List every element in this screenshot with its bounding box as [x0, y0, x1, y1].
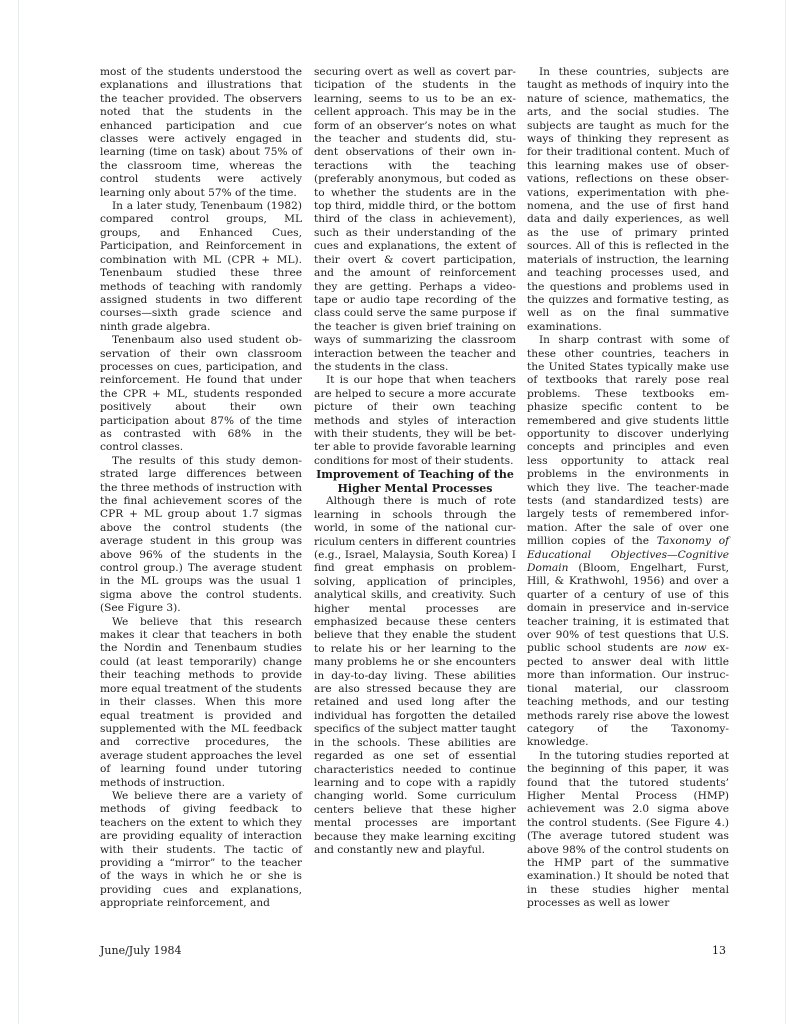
paragraph: In these countries, subjects are taught …: [527, 66, 729, 334]
section-heading: Improvement of Teaching of the Higher Me…: [314, 468, 516, 495]
issue-date: June/July 1984: [100, 944, 182, 957]
column-2: securing overt as well as covert par­tic…: [314, 66, 516, 857]
paragraph: In sharp contrast with some of these oth…: [527, 334, 729, 750]
text-run: In sharp contrast with some of these oth…: [527, 334, 729, 547]
paragraph: We believe that this research makes it c…: [100, 616, 302, 790]
column-1: most of the students understood the expl…: [100, 66, 302, 911]
paragraph: It is our hope that when teachers are he…: [314, 374, 516, 468]
paragraph: most of the students understood the expl…: [100, 66, 302, 200]
page-number: 13: [712, 944, 726, 957]
column-3: In these countries, subjects are taught …: [527, 66, 729, 911]
paragraph: securing overt as well as covert par­tic…: [314, 66, 516, 374]
paragraph: We believe there are a variety of method…: [100, 790, 302, 911]
scan-edge-right: [785, 0, 786, 1024]
emphasis: now: [684, 642, 706, 654]
paragraph: In the tutoring studies reported at the …: [527, 750, 729, 911]
paragraph: Tenenbaum also used student ob­servation…: [100, 334, 302, 455]
paragraph: In a later study, Tenenbaum (1982) compa…: [100, 200, 302, 334]
paragraph: The results of this study demon­strated …: [100, 455, 302, 616]
text-run: (Bloom, Engelhart, Furst, Hill, & Krathw…: [527, 562, 729, 654]
text-run: ex­pected to answer deal with little mor…: [527, 642, 729, 748]
paragraph: Although there is much of rote learning …: [314, 495, 516, 857]
scan-edge-left: [18, 0, 19, 1024]
